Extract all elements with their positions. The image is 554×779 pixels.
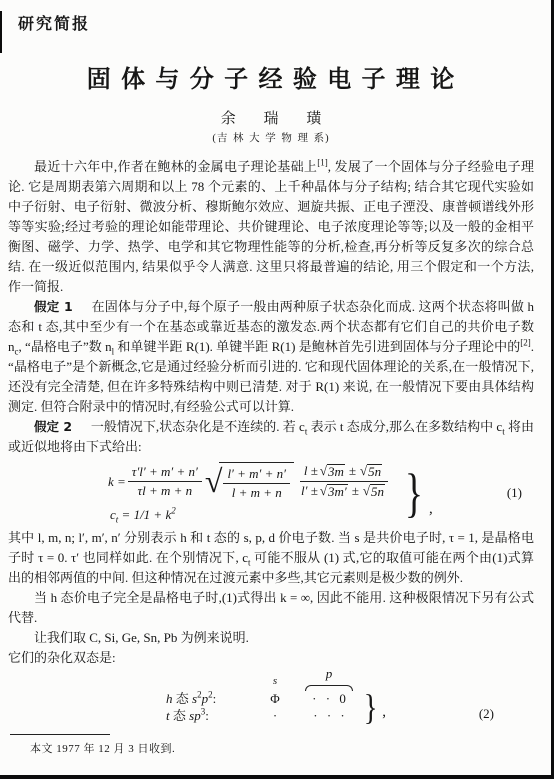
hypothesis-2-label: 假定 2	[34, 419, 72, 434]
radical-3m-prime: √3m′	[320, 484, 348, 500]
radical-5n: √5n	[360, 464, 382, 480]
equation-comma: ,	[382, 702, 386, 722]
equation-number-1: (1)	[507, 483, 522, 503]
superscript: 2	[171, 505, 176, 515]
scan-edge-artifact	[0, 11, 2, 53]
equation-2: s p h 态 s2p2: Φ · · 0 }, t 态 sp3: · · · …	[8, 674, 534, 725]
citation-ref-1: [1]	[317, 158, 328, 168]
t-state-p-electrons: · · ·	[313, 706, 345, 726]
radical-3m: √3m	[320, 464, 345, 480]
fraction-tau: τ′l′ + m′ + n′ τl + m + n	[128, 464, 202, 500]
text-run: 最近十六年中,作者在鲍林的金属电子理论基础上	[34, 159, 317, 174]
t-state-label: t 态 sp3:	[166, 706, 254, 726]
citation-ref-2: [2]	[520, 338, 531, 348]
paragraph-hypothesis-2: 假定 2一般情况下,状态杂化是不连续的. 若 ct 表示 t 态成分,那么在多数…	[8, 417, 534, 457]
right-brace: }	[405, 469, 423, 518]
radical-main: √ l′ + m′ + n′ l + m + n	[205, 462, 294, 502]
radical-5n-denominator: √5n	[363, 484, 385, 500]
paragraph-hybrid-states: 它们的杂化双态是:	[8, 648, 534, 668]
right-brace: }	[364, 691, 378, 723]
footnote-text: 本文 1977 年 12 月 3 日收到.	[30, 739, 534, 759]
page-title: 固 体 与 分 子 经 验 电 子 理 论	[8, 59, 534, 94]
t-state-s-electron-symbol: ·	[273, 706, 277, 726]
equation-number-2: (2)	[479, 704, 494, 724]
paragraph-examples: 让我们取 C, Si, Ge, Sn, Pb 为例来说明.	[8, 628, 534, 648]
equation-lhs: k =	[108, 472, 126, 492]
text-run: , 发展了一个固体与分子经验电子理论. 它是周期表第六周期和以上 78 个元素的…	[8, 159, 534, 294]
column-header-p: p	[305, 664, 353, 691]
fraction-plusminus: l ±√3m±√5n l′ ±√3m′±√5n	[297, 463, 391, 500]
text-run: 表示 t 态成分,那么在多数结构中 c	[307, 419, 502, 434]
equation-2-brace: },	[362, 691, 534, 723]
text-run: , “晶格电子”数 n	[19, 339, 112, 354]
text-run: 一般情况下,状态杂化是不连续的. 若 c	[91, 419, 305, 434]
category-label: 研究简报	[18, 11, 534, 34]
fraction-under-radical: l′ + m′ + n′ l + m + n	[223, 466, 290, 502]
paragraph-limit-case: 当 h 态价电子完全是晶格电子时,(1)式得出 k = ∞, 因此不能用. 这种…	[8, 588, 534, 628]
paragraph-hypothesis-1: 假定 1在固体与分子中,每个原子一般由两种原子状态杂化而成. 这两个状态将叫做 …	[8, 297, 534, 417]
author-name: 余 瑞 璜	[8, 107, 534, 128]
document-page: 研究简报 固 体 与 分 子 经 验 电 子 理 论 余 瑞 璜 (吉 林 大 …	[0, 0, 551, 759]
equation-1: k = τ′l′ + m′ + n′ τl + m + n √ l′ + m′ …	[8, 462, 534, 525]
article-body: 最近十六年中,作者在鲍林的金属电子理论基础上[1], 发展了一个固体与分子经验电…	[8, 157, 534, 759]
footnote-rule	[10, 734, 110, 735]
paragraph-intro: 最近十六年中,作者在鲍林的金属电子理论基础上[1], 发展了一个固体与分子经验电…	[8, 157, 534, 297]
equation-1-line-1: k = τ′l′ + m′ + n′ τl + m + n √ l′ + m′ …	[108, 462, 393, 502]
text-run: 和单键半距 R(1). 单键半距 R(1) 是鲍林首先引进到固体与分子理论中的	[114, 339, 520, 354]
equation-1-line-2: ct = 1/1 + k2	[110, 505, 176, 525]
column-header-s: s	[273, 671, 277, 691]
hypothesis-1-label: 假定 1	[34, 299, 73, 314]
equation-comma: ,	[429, 499, 433, 519]
author-affiliation: (吉 林 大 学 物 理 系)	[8, 130, 534, 145]
paragraph-variables: 其中 l, m, n; l′, m′, n′ 分别表示 h 和 t 态的 s, …	[8, 528, 534, 588]
